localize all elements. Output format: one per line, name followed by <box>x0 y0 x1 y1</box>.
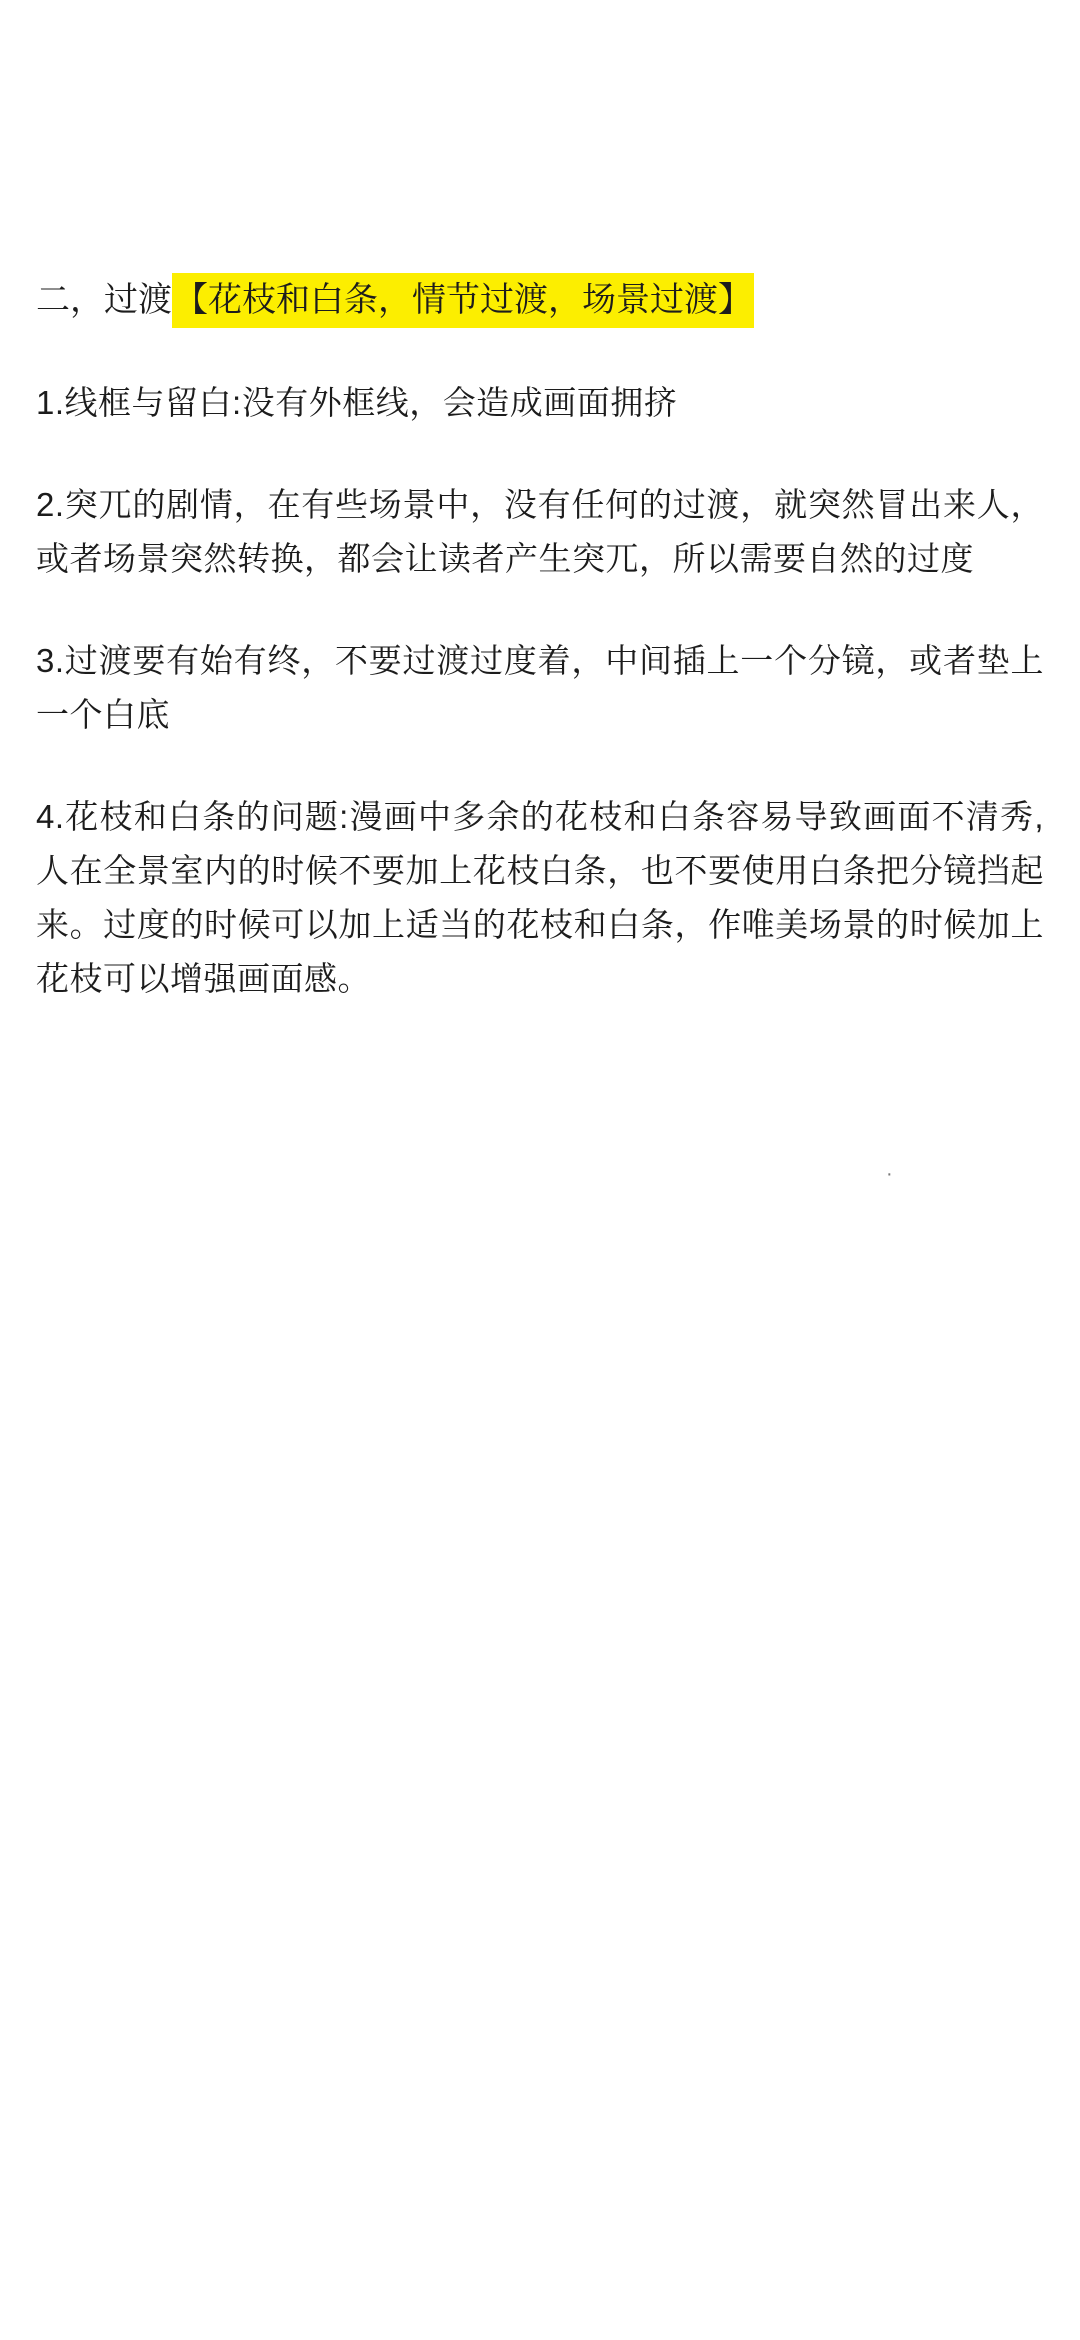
notes-page: 二，过渡【花枝和白条，情节过渡，场景过渡】 1.线框与留白:没有外框线，会造成画… <box>0 0 1080 2340</box>
paragraph-line-frame-whitespace: 1.线框与留白:没有外框线，会造成画面拥挤 <box>36 376 1044 430</box>
paragraph-flower-branch-white-stripe: 4.花枝和白条的问题:漫画中多余的花枝和白条容易导致画面不清秀,人在全景室内的时… <box>36 790 1044 1006</box>
paragraph-transition-start-end: 3.过渡要有始有终，不要过渡过度着，中间插上一个分镜，或者垫上一个白底 <box>36 634 1044 742</box>
stray-dot-mark: · <box>886 1164 893 1184</box>
paragraph-abrupt-plot: 2.突兀的剧情，在有些场景中，没有任何的过渡，就突然冒出来人，或者场景突然转换，… <box>36 478 1044 586</box>
section-heading: 二，过渡【花枝和白条，情节过渡，场景过渡】 <box>36 272 1044 328</box>
notes-content: 二，过渡【花枝和白条，情节过渡，场景过渡】 1.线框与留白:没有外框线，会造成画… <box>36 272 1044 1054</box>
section-heading-prefix: 二，过渡 <box>36 281 172 319</box>
section-heading-highlight: 【花枝和白条，情节过渡，场景过渡】 <box>172 273 754 328</box>
